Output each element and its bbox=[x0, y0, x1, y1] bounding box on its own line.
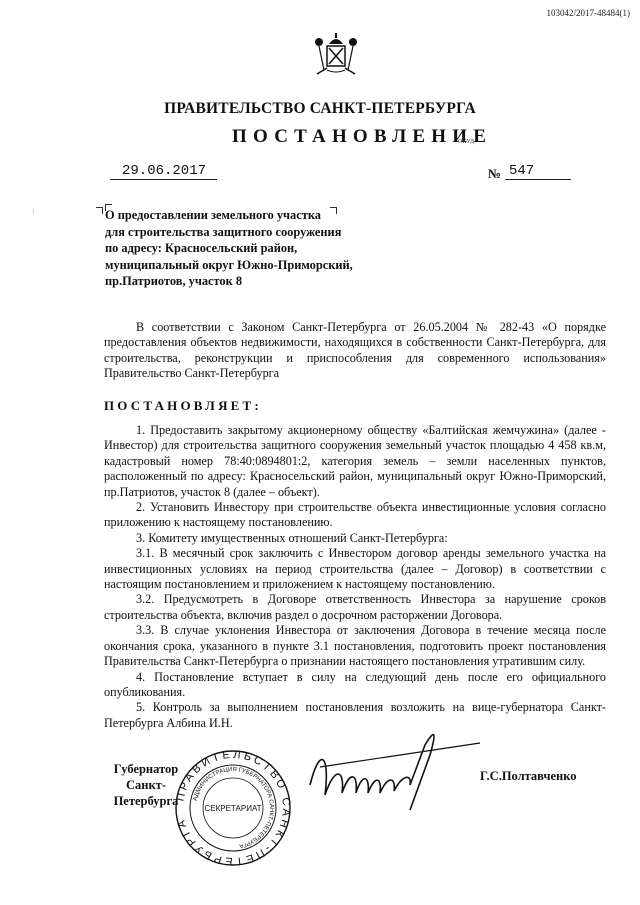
svg-text:СЕКРЕТАРИАТ: СЕКРЕТАРИАТ bbox=[204, 804, 261, 813]
subject-line: пр.Патриотов, участок 8 bbox=[105, 273, 365, 290]
document-date: 29.06.2017 bbox=[110, 163, 217, 180]
resolution-item-2: 2. Установить Инвестору при строительств… bbox=[104, 500, 606, 531]
preamble-paragraph: В соответствии с Законом Санкт-Петербург… bbox=[104, 320, 606, 382]
document-number: 547 bbox=[505, 163, 571, 180]
subject-line: муниципальный округ Южно-Приморский, bbox=[105, 257, 365, 274]
subject-line: для строительства защитного сооружения bbox=[105, 224, 365, 241]
resolution-item-3-1: 3.1. В месячный срок заключить с Инвесто… bbox=[104, 546, 606, 592]
resolution-item-4: 4. Постановление вступает в силу на след… bbox=[104, 670, 606, 701]
coat-of-arms-icon bbox=[312, 32, 360, 78]
organization-name: ПРАВИТЕЛЬСТВО САНКТ-ПЕТЕРБУРГА bbox=[0, 100, 640, 118]
official-seal-icon: ПРАВИТЕЛЬСТВО САНКТ-ПЕТЕРБУРГА АДМИНИСТР… bbox=[173, 748, 293, 868]
resolves-heading: ПОСТАНОВЛЯЕТ: bbox=[104, 398, 262, 414]
resolution-item-3-2: 3.2. Предусмотреть в Договоре ответствен… bbox=[104, 592, 606, 623]
margin-mark: ⁝ bbox=[32, 207, 35, 216]
number-label: № bbox=[488, 166, 501, 182]
document-subject: О предоставлении земельного участка для … bbox=[105, 207, 365, 290]
registration-number: 103042/2017-48484(1) bbox=[547, 8, 631, 18]
signatory-name: Г.С.Полтавченко bbox=[480, 769, 577, 784]
resolution-item-3: 3. Комитету имущественных отношений Санк… bbox=[104, 531, 606, 546]
resolution-item-3-3: 3.3. В случае уклонения Инвестора от зак… bbox=[104, 623, 606, 669]
document-type: ПОСТАНОВЛЕНИЕ bbox=[232, 126, 492, 148]
handwritten-signature bbox=[290, 725, 490, 815]
subject-line: О предоставлении земельного участка bbox=[105, 207, 365, 224]
okud-label: ОКУД bbox=[458, 139, 474, 145]
resolution-items: 1. Предоставить закрытому акционерному о… bbox=[104, 423, 606, 731]
resolution-item-1: 1. Предоставить закрытому акционерному о… bbox=[104, 423, 606, 500]
subject-bracket-left bbox=[96, 207, 103, 214]
subject-line: по адресу: Красносельский район, bbox=[105, 240, 365, 257]
